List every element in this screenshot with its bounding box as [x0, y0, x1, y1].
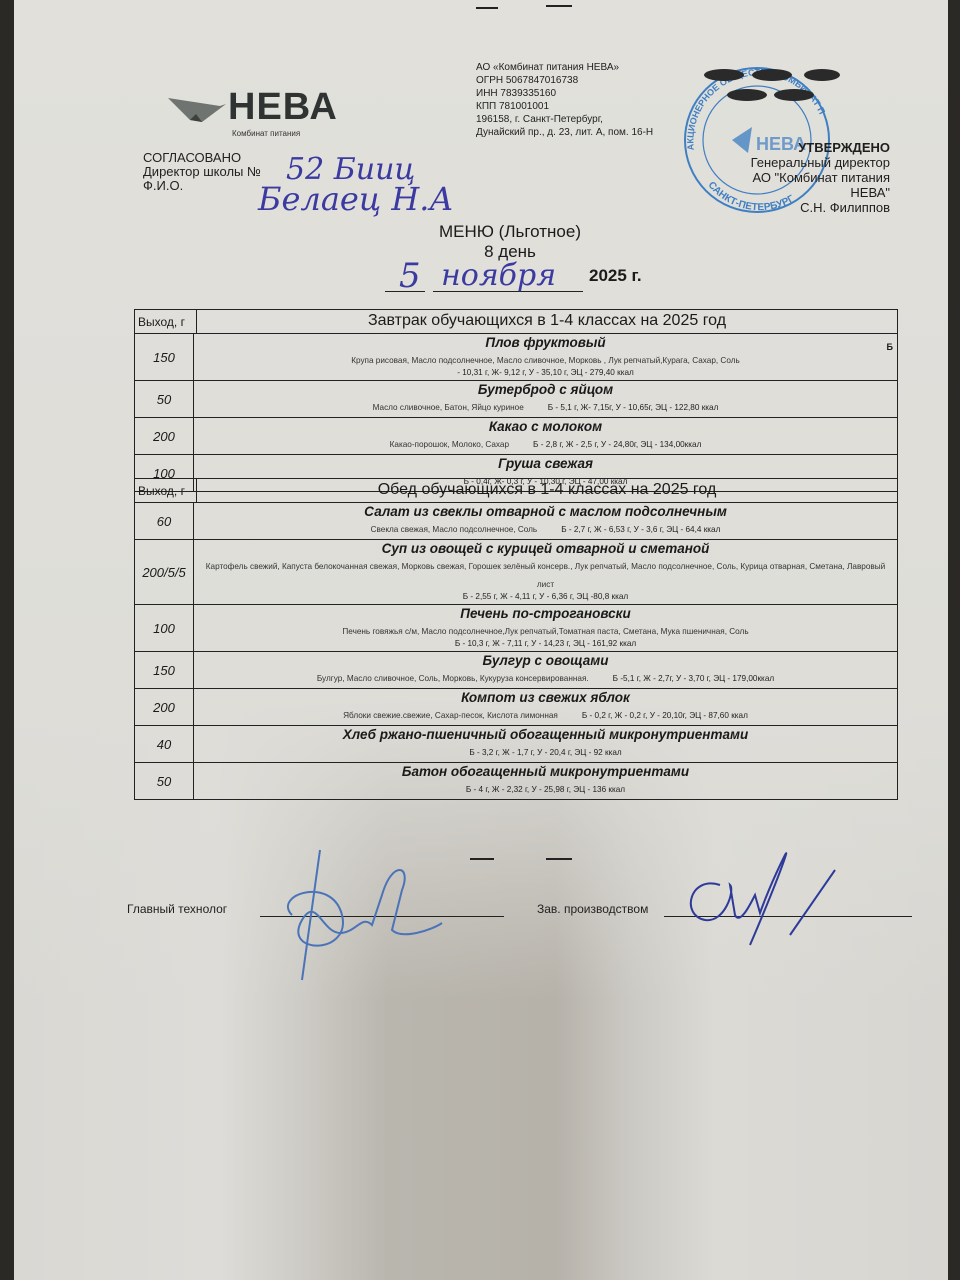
menu-title-line1: МЕНЮ (Льготное)	[380, 222, 640, 242]
neva-logo-icon	[168, 92, 226, 122]
item-details: Какао с молокомКакао-порошок, Молоко, Са…	[194, 418, 897, 454]
logo-subtitle: Комбинат питания	[232, 129, 300, 138]
menu-item-row: 60Салат из свеклы отварной с маслом подс…	[135, 503, 897, 540]
menu-item-row: 200Какао с молокомКакао-порошок, Молоко,…	[135, 418, 897, 455]
item-weight: 60	[135, 503, 194, 539]
company-line: АО «Комбинат питания НЕВА»	[476, 61, 653, 74]
company-line: КПП 781001001	[476, 100, 653, 113]
approved-block: УТВЕРЖДЕНО Генеральный директор АО "Комб…	[720, 140, 890, 215]
dish-name: Какао с молоком	[198, 419, 893, 434]
dish-ingredients: Печень говяжья с/м, Масло подсолнечное,Л…	[342, 627, 748, 636]
item-weight: 50	[135, 763, 194, 799]
dish-details-line: Печень говяжья с/м, Масло подсолнечное,Л…	[198, 621, 893, 639]
lunch-title: Обед обучающихся в 1-4 классах на 2025 г…	[197, 479, 897, 502]
dish-details-line: Яблоки свежие.свежие, Сахар-песок, Кисло…	[198, 705, 893, 723]
dish-nutrition: - 10,31 г, Ж- 9,12 г, У - 35,10 г, ЭЦ - …	[198, 368, 893, 378]
handwritten-fio: Белаец Н.А	[258, 180, 454, 218]
production-head-signature	[680, 845, 860, 965]
item-weight: 200	[135, 418, 194, 454]
dish-details-line: Б - 3,2 г, Ж - 1,7 г, У - 20,4 г, ЭЦ - 9…	[198, 742, 893, 760]
breakfast-header-row: Выход, г Завтрак обучающихся в 1-4 класс…	[135, 310, 897, 334]
item-details: Печень по-строгановскиПечень говяжья с/м…	[194, 605, 897, 651]
dish-nutrition: Б - 0,2 г, Ж - 0,2 г, У - 20,10г, ЭЦ - 8…	[582, 711, 748, 721]
menu-item-row: 50Батон обогащенный микронутриентамиБ - …	[135, 763, 897, 800]
dish-ingredients: Булгур, Масло сливочное, Соль, Морковь, …	[317, 674, 589, 683]
item-weight: 100	[135, 605, 194, 651]
agreed-title: СОГЛАСОВАНО	[143, 151, 261, 165]
dish-nutrition: Б - 3,2 г, Ж - 1,7 г, У - 20,4 г, ЭЦ - 9…	[469, 748, 621, 757]
breakfast-table: Выход, г Завтрак обучающихся в 1-4 класс…	[134, 309, 898, 492]
item-weight: 40	[135, 726, 194, 762]
company-line: Дунайский пр., д. 23, лит. А, пом. 16-Н	[476, 126, 653, 139]
logo-word: НЕВА	[228, 86, 338, 129]
item-details: Бутерброд с яйцомМасло сливочное, Батон,…	[194, 381, 897, 417]
menu-item-row: 40Хлеб ржано-пшеничный обогащенный микро…	[135, 726, 897, 763]
weight-column-header: Выход, г	[135, 310, 197, 333]
item-details: Хлеб ржано-пшеничный обогащенный микрону…	[194, 726, 897, 762]
menu-item-row: 100Печень по-строгановскиПечень говяжья …	[135, 605, 897, 652]
mark-dash	[476, 7, 498, 9]
item-details: Батон обогащенный микронутриентамиБ - 4 …	[194, 763, 897, 799]
handwritten-date-month: ноября	[441, 258, 556, 293]
school-label: Директор школы №	[143, 165, 261, 179]
company-line: ОГРН 5067847016738	[476, 74, 653, 87]
dish-nutrition: Б - 2,7 г, Ж - 6,53 г, У - 3,6 г, ЭЦ - 6…	[561, 525, 720, 535]
chief-technologist-label: Главный технолог	[127, 902, 227, 916]
dish-name: Хлеб ржано-пшеничный обогащенный микрону…	[198, 727, 893, 742]
company-line: ИНН 7839335160	[476, 87, 653, 100]
dish-details-line: Б - 4 г, Ж - 2,32 г, У - 25,98 г, ЭЦ - 1…	[198, 779, 893, 797]
dish-ingredients: Крупа рисовая, Масло подсолнечное, Масло…	[351, 356, 740, 365]
chief-technologist-signature	[262, 845, 462, 985]
neva-logo: НЕВА Комбинат питания	[168, 86, 358, 138]
dish-nutrition: Б - 2,55 г, Ж - 4,11 г, У - 6,36 г, ЭЦ -…	[198, 592, 893, 602]
menu-item-row: 200Компот из свежих яблокЯблоки свежие.с…	[135, 689, 897, 726]
menu-date: 5 ноября 2025 г.	[385, 256, 685, 292]
dish-name: Суп из овощей с курицей отварной и смета…	[198, 541, 893, 556]
dish-nutrition: Б - 10,3 г, Ж - 7,11 г, У - 14,23 г, ЭЦ …	[198, 639, 893, 649]
weight-column-header: Выход, г	[135, 479, 197, 502]
fio-label: Ф.И.О.	[143, 179, 261, 193]
dish-details-line: Какао-порошок, Молоко, СахарБ - 2,8 г, Ж…	[198, 434, 893, 452]
approved-title: УТВЕРЖДЕНО	[720, 140, 890, 155]
mark-dash	[546, 5, 572, 7]
dish-name: Компот из свежих яблок	[198, 690, 893, 705]
item-weight: 150	[135, 334, 194, 380]
dish-name: Печень по-строгановски	[198, 606, 893, 621]
mark-dash	[470, 858, 494, 860]
dish-details-line: Крупа рисовая, Масло подсолнечное, Масло…	[198, 350, 893, 368]
mark-letter: Б	[887, 342, 893, 352]
dish-nutrition: Б - 2,8 г, Ж - 2,5 г, У - 24,80г, ЭЦ - 1…	[533, 440, 701, 450]
dish-ingredients: Масло сливочное, Батон, Яйцо куриное	[373, 403, 524, 412]
dish-details-line: Масло сливочное, Батон, Яйцо куриноеБ - …	[198, 397, 893, 415]
approved-position: Генеральный директор	[720, 155, 890, 170]
breakfast-title: Завтрак обучающихся в 1-4 классах на 202…	[197, 310, 897, 333]
item-details: Суп из овощей с курицей отварной и смета…	[194, 540, 897, 604]
item-details: Булгур с овощамиБулгур, Масло сливочное,…	[194, 652, 897, 688]
dish-name: Бутерброд с яйцом	[198, 382, 893, 397]
item-weight: 150	[135, 652, 194, 688]
approved-org: АО "Комбинат питания НЕВА"	[720, 170, 890, 200]
dish-details-line: Картофель свежий, Капуста белокочанная с…	[198, 556, 893, 592]
dish-name: Салат из свеклы отварной с маслом подсол…	[198, 504, 893, 519]
handwritten-date-day: 5	[399, 256, 421, 296]
dish-nutrition: Б - 5,1 г, Ж- 7,15г, У - 10,65г, ЭЦ - 12…	[548, 403, 719, 413]
approved-name: С.Н. Филиппов	[720, 200, 890, 215]
dish-name: Груша свежая	[198, 456, 893, 471]
dish-ingredients: Яблоки свежие.свежие, Сахар-песок, Кисло…	[343, 711, 558, 720]
dish-name: Плов фруктовый	[198, 335, 893, 350]
item-details: Салат из свеклы отварной с маслом подсол…	[194, 503, 897, 539]
mark-dash	[546, 858, 572, 860]
menu-item-row: 150Булгур с овощамиБулгур, Масло сливочн…	[135, 652, 897, 689]
dish-ingredients: Какао-порошок, Молоко, Сахар	[390, 440, 509, 449]
dish-ingredients: Картофель свежий, Капуста белокочанная с…	[206, 562, 885, 589]
date-year: 2025 г.	[589, 266, 642, 286]
company-details: АО «Комбинат питания НЕВА» ОГРН 50678470…	[476, 61, 653, 139]
lunch-table: Выход, г Обед обучающихся в 1-4 классах …	[134, 478, 898, 800]
dish-nutrition: Б - 4 г, Ж - 2,32 г, У - 25,98 г, ЭЦ - 1…	[466, 785, 625, 794]
dish-name: Батон обогащенный микронутриентами	[198, 764, 893, 779]
dish-details-line: Свекла свежая, Масло подсолнечное, СольБ…	[198, 519, 893, 537]
item-details: Плов фруктовыйКрупа рисовая, Масло подсо…	[194, 334, 897, 380]
dish-name: Булгур с овощами	[198, 653, 893, 668]
lunch-header-row: Выход, г Обед обучающихся в 1-4 классах …	[135, 479, 897, 503]
dish-details-line: Булгур, Масло сливочное, Соль, Морковь, …	[198, 668, 893, 686]
dish-nutrition: Б -5,1 г, Ж - 2,7г, У - 3,70 г, ЭЦ - 179…	[613, 674, 774, 684]
menu-item-row: 50Бутерброд с яйцомМасло сливочное, Бато…	[135, 381, 897, 418]
dish-ingredients: Свекла свежая, Масло подсолнечное, Соль	[371, 525, 538, 534]
item-weight: 200	[135, 689, 194, 725]
menu-item-row: 150Плов фруктовыйКрупа рисовая, Масло по…	[135, 334, 897, 381]
menu-item-row: 200/5/5Суп из овощей с курицей отварной …	[135, 540, 897, 605]
company-line: 196158, г. Санкт-Петербург,	[476, 113, 653, 126]
item-details: Компот из свежих яблокЯблоки свежие.свеж…	[194, 689, 897, 725]
item-weight: 200/5/5	[135, 540, 194, 604]
production-head-label: Зав. производством	[537, 902, 648, 916]
agreed-block: СОГЛАСОВАНО Директор школы № Ф.И.О.	[143, 151, 261, 193]
item-weight: 50	[135, 381, 194, 417]
